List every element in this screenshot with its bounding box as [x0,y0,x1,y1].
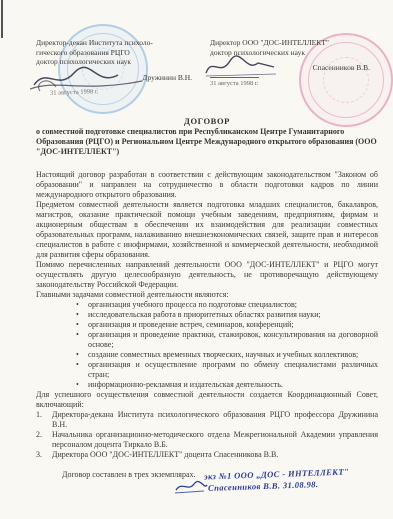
bullet-text: организация учебного процесса по подгото… [88,300,297,309]
list-number: 2. [36,430,42,440]
closing-row: Договор составлен в трех экземплярах.экз… [36,469,378,480]
council-member-text: Начальника организационно-методического … [52,430,378,449]
list-item: • организация и проведение встреч, семин… [36,320,378,330]
council-member-text: Директора ООО "ДОС-ИНТЕЛЛЕКТ" доцента Сп… [52,450,278,459]
bullet-icon: • [76,320,79,330]
bullet-text: организация и осуществление программ по … [88,360,378,379]
bullet-text: организация и проведение встреч, семинар… [88,320,294,329]
left-signatory-title-line1: Директор-декан Института психоло- [36,38,194,48]
tasks-intro: Главными задачами совместной деятельност… [36,290,378,300]
list-item: • создание совместных временных творческ… [36,350,378,360]
bullet-icon: • [76,380,79,390]
list-item: 3. Директора ООО "ДОС-ИНТЕЛЛЕКТ" доцента… [36,450,378,460]
list-item: • исследовательская работа в приоритетны… [36,310,378,320]
left-signature-date: 31 августа 1998 г. [50,86,99,98]
bullet-text: информационно-рекламная и издательская д… [88,380,283,389]
handwritten-name-date: Спасенников В.В. 31.08.98. [208,479,319,493]
list-item: 2. Начальника организационно-методическо… [36,430,378,450]
list-item: • информационно-рекламная и издательская… [36,380,378,390]
tasks-bullet-list: • организация учебного процесса по подго… [36,300,378,390]
title-block: ДОГОВОР о совместной подготовке специали… [36,116,378,157]
bullet-icon: • [76,360,79,370]
list-number: 1. [36,410,42,420]
right-signatory-block: Директор ООО "ДОС-ИНТЕЛЛЕКТ" доктор псих… [210,38,372,97]
bullet-icon: • [76,330,79,340]
document-title: ДОГОВОР [36,116,378,126]
scan-edge-artifact [1,0,3,38]
list-item: • организация учебного процесса по подго… [36,300,378,310]
left-signer-name: Дружинин В.Н. [142,73,192,83]
list-item: • организация и осуществление программ п… [36,360,378,380]
council-intro: Для успешного осуществления совместной д… [36,390,378,410]
left-signatory-block: Директор-декан Института психоло- гическ… [36,38,194,97]
document-body: Настоящий договор разработан в соответст… [36,170,378,495]
right-signature-icon [204,55,282,79]
handwritten-signature-icon [174,480,208,494]
list-item: • организация и проведение практики, ста… [36,330,378,350]
paragraph-3: Помимо перечисленных направлений деятель… [36,260,378,290]
left-signatory-title-line2: гического образования РЦГО [36,48,194,58]
document-subtitle: о совместной подготовке специалистов при… [36,127,378,157]
paragraph-2: Предметом совместной деятельности являет… [36,200,378,260]
paragraph-1: Настоящий договор разработан в соответст… [36,170,378,200]
council-numbered-list: 1. Директора-декана Института психологич… [36,410,378,460]
scanned-document-page: Директор-декан Института психоло- гическ… [0,0,393,519]
right-signatory-title-line1: Директор ООО "ДОС-ИНТЕЛЛЕКТ" [210,38,372,48]
council-member-text: Директора-декана Института психологическ… [52,410,378,429]
bullet-icon: • [76,310,79,320]
left-signature-row: Дружинин В.Н. [36,69,194,85]
closing-text: Договор составлен в трех экземплярах. [62,470,196,479]
bullet-icon: • [76,300,79,310]
list-item: 1. Директора-декана Института психологич… [36,410,378,430]
handwritten-signature-row: Спасенников В.В. 31.08.98. [208,481,378,495]
bullet-icon: • [76,350,79,360]
bullet-text: организация и проведение практики, стажи… [88,330,378,349]
bullet-text: исследовательская работа в приоритетных … [88,310,321,319]
bullet-text: создание совместных временных творческих… [88,350,358,359]
right-signature-row: Спасенников В.В. [210,59,372,75]
right-signer-name: Спасенников В.В. [313,63,370,73]
header-signature-area: Директор-декан Института психоло- гическ… [36,38,378,97]
handwritten-copy-note: экз №1 ООО „ДОС - ИНТЕЛЛЕКТ" [203,466,348,481]
list-number: 3. [36,450,42,460]
